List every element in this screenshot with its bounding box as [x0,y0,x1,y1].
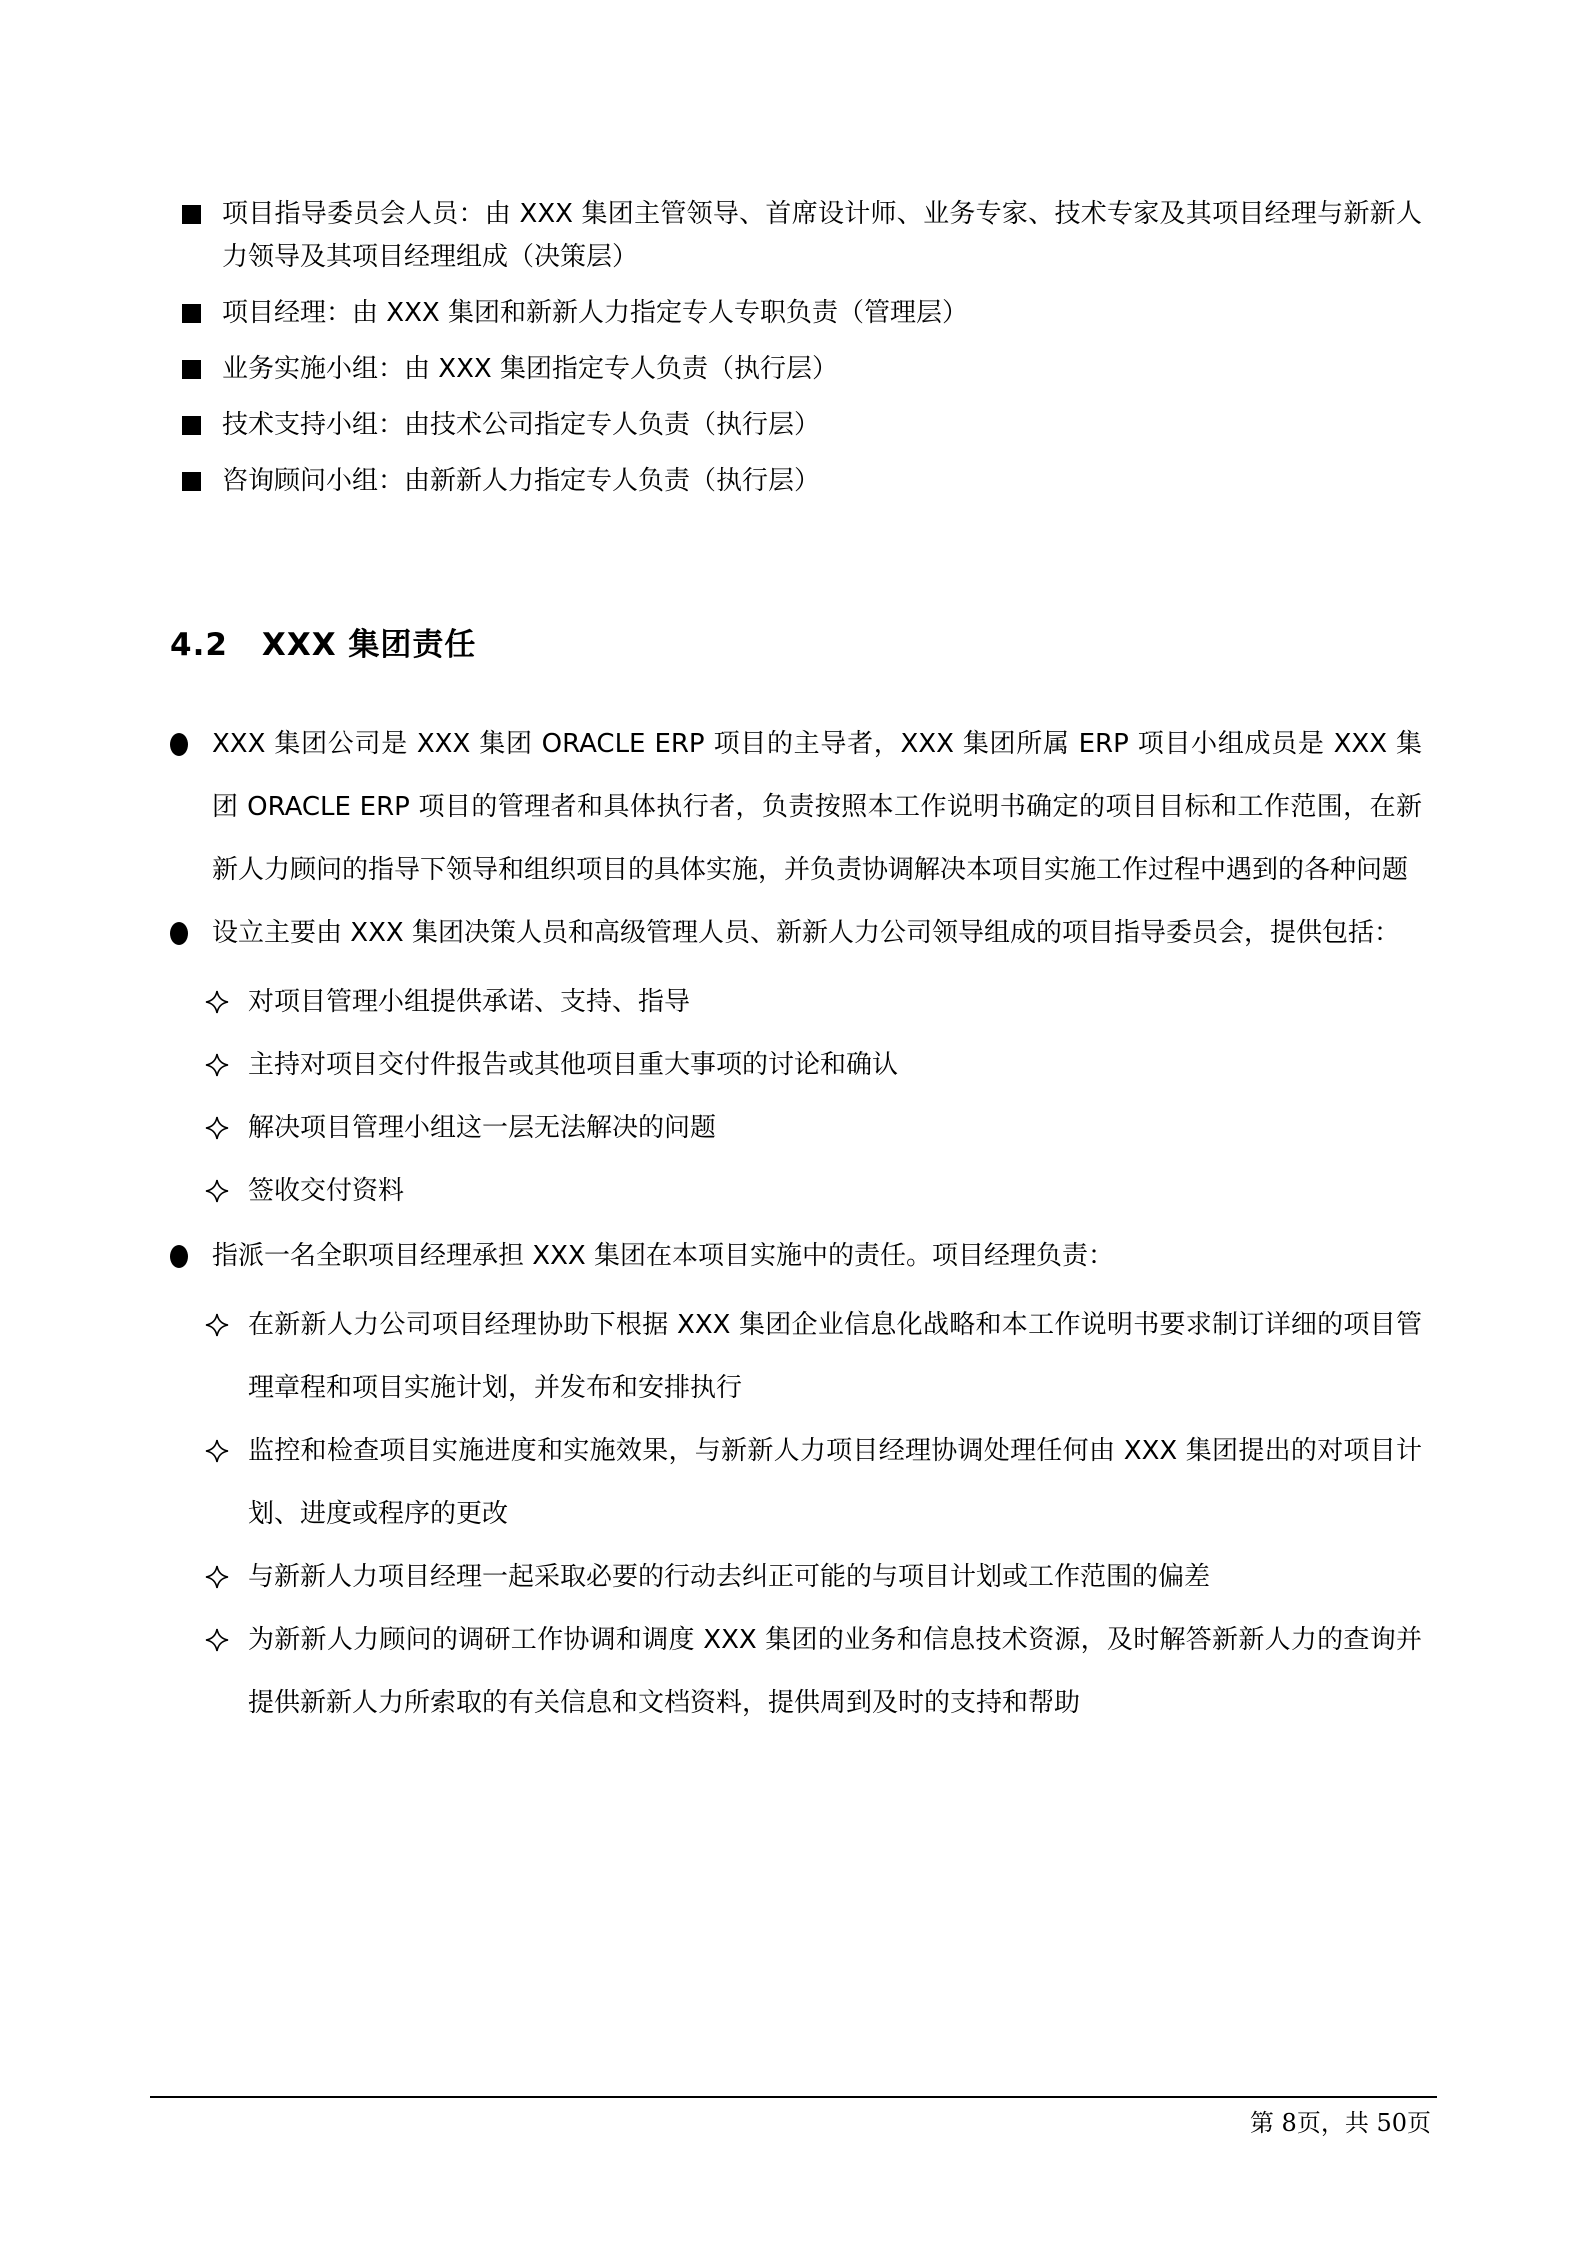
sub-item-text: 对项目管理小组提供承诺、支持、指导 [248,971,1422,1034]
diamond-bullet-icon [205,1179,229,1203]
list-item: 技术支持小组：由技术公司指定专人负责（执行层） [170,404,1422,447]
section-title: XXX 集团责任 [262,627,477,663]
list-item: 咨询顾问小组：由新新人力指定专人负责（执行层） [170,460,1422,503]
circle-bullet-icon [170,922,188,945]
sub-list: 在新新人力公司项目经理协助下根据 XXX 集团企业信息化战略和本工作说明书要求制… [170,1294,1422,1735]
sub-item-text: 主持对项目交付件报告或其他项目重大事项的讨论和确认 [248,1034,1422,1097]
circle-bullet-icon [170,1245,188,1268]
sub-list-item: 为新新人力顾问的调研工作协调和调度 XXX 集团的业务和信息技术资源，及时解答新… [205,1609,1422,1735]
list-item-text: 业务实施小组：由 XXX 集团指定专人负责（执行层） [222,348,1422,391]
diamond-bullet-icon [205,1565,229,1589]
section-heading: 4.2XXX 集团责任 [170,623,1422,667]
sub-item-text: 解决项目管理小组这一层无法解决的问题 [248,1097,1422,1160]
list-item: 设立主要由 XXX 集团决策人员和高级管理人员、新新人力公司领导组成的项目指导委… [170,902,1422,965]
sub-list-item: 对项目管理小组提供承诺、支持、指导 [205,971,1422,1034]
org-roles-list: 项目指导委员会人员：由 XXX 集团主管领导、首席设计师、业务专家、技术专家及其… [170,193,1422,503]
sub-list-item: 监控和检查项目实施进度和实施效果，与新新人力项目经理协调处理任何由 XXX 集团… [205,1420,1422,1546]
square-bullet-icon [182,205,201,224]
sub-item-text: 与新新人力项目经理一起采取必要的行动去纠正可能的与项目计划或工作范围的偏差 [248,1546,1422,1609]
sub-item-text: 监控和检查项目实施进度和实施效果，与新新人力项目经理协调处理任何由 XXX 集团… [248,1420,1422,1546]
square-bullet-icon [182,304,201,323]
list-item-text: 指派一名全职项目经理承担 XXX 集团在本项目实施中的责任。项目经理负责： [212,1225,1422,1288]
diamond-bullet-icon [205,990,229,1014]
list-item-text: 技术支持小组：由技术公司指定专人负责（执行层） [222,404,1422,447]
sub-item-text: 为新新人力顾问的调研工作协调和调度 XXX 集团的业务和信息技术资源，及时解答新… [248,1609,1422,1735]
diamond-bullet-icon [205,1116,229,1140]
sub-list: 对项目管理小组提供承诺、支持、指导 主持对项目交付件报告或其他项目重大事项的讨论… [170,971,1422,1223]
sub-list-item: 解决项目管理小组这一层无法解决的问题 [205,1097,1422,1160]
page-number: 第 8页，共 50页 [150,2103,1437,2138]
list-item: 项目经理：由 XXX 集团和新新人力指定专人专职负责（管理层） [170,292,1422,335]
page-footer: 第 8页，共 50页 [150,2096,1437,2138]
diamond-bullet-icon [205,1628,229,1652]
list-item-text: 咨询顾问小组：由新新人力指定专人负责（执行层） [222,460,1422,503]
sub-list-item: 签收交付资料 [205,1160,1422,1223]
square-bullet-icon [182,360,201,379]
square-bullet-icon [182,416,201,435]
diamond-bullet-icon [205,1053,229,1077]
sub-item-text: 在新新人力公司项目经理协助下根据 XXX 集团企业信息化战略和本工作说明书要求制… [248,1294,1422,1420]
list-item-text: 设立主要由 XXX 集团决策人员和高级管理人员、新新人力公司领导组成的项目指导委… [212,902,1422,965]
sub-list-item: 主持对项目交付件报告或其他项目重大事项的讨论和确认 [205,1034,1422,1097]
diamond-bullet-icon [205,1313,229,1337]
list-item: 指派一名全职项目经理承担 XXX 集团在本项目实施中的责任。项目经理负责： [170,1225,1422,1288]
diamond-bullet-icon [205,1439,229,1463]
document-page: 项目指导委员会人员：由 XXX 集团主管领导、首席设计师、业务专家、技术专家及其… [0,0,1587,2245]
list-item: XXX 集团公司是 XXX 集团 ORACLE ERP 项目的主导者，XXX 集… [170,713,1422,902]
sub-list-item: 在新新人力公司项目经理协助下根据 XXX 集团企业信息化战略和本工作说明书要求制… [205,1294,1422,1420]
sub-item-text: 签收交付资料 [248,1160,1422,1223]
list-item: 业务实施小组：由 XXX 集团指定专人负责（执行层） [170,348,1422,391]
square-bullet-icon [182,472,201,491]
list-item-text: 项目指导委员会人员：由 XXX 集团主管领导、首席设计师、业务专家、技术专家及其… [222,193,1422,279]
section-number: 4.2 [170,627,228,663]
circle-bullet-icon [170,733,188,756]
list-item: 项目指导委员会人员：由 XXX 集团主管领导、首席设计师、业务专家、技术专家及其… [170,193,1422,279]
list-item-text: XXX 集团公司是 XXX 集团 ORACLE ERP 项目的主导者，XXX 集… [212,713,1422,902]
responsibilities-list: XXX 集团公司是 XXX 集团 ORACLE ERP 项目的主导者，XXX 集… [170,713,1422,1735]
list-item-text: 项目经理：由 XXX 集团和新新人力指定专人专职负责（管理层） [222,292,1422,335]
sub-list-item: 与新新人力项目经理一起采取必要的行动去纠正可能的与项目计划或工作范围的偏差 [205,1546,1422,1609]
